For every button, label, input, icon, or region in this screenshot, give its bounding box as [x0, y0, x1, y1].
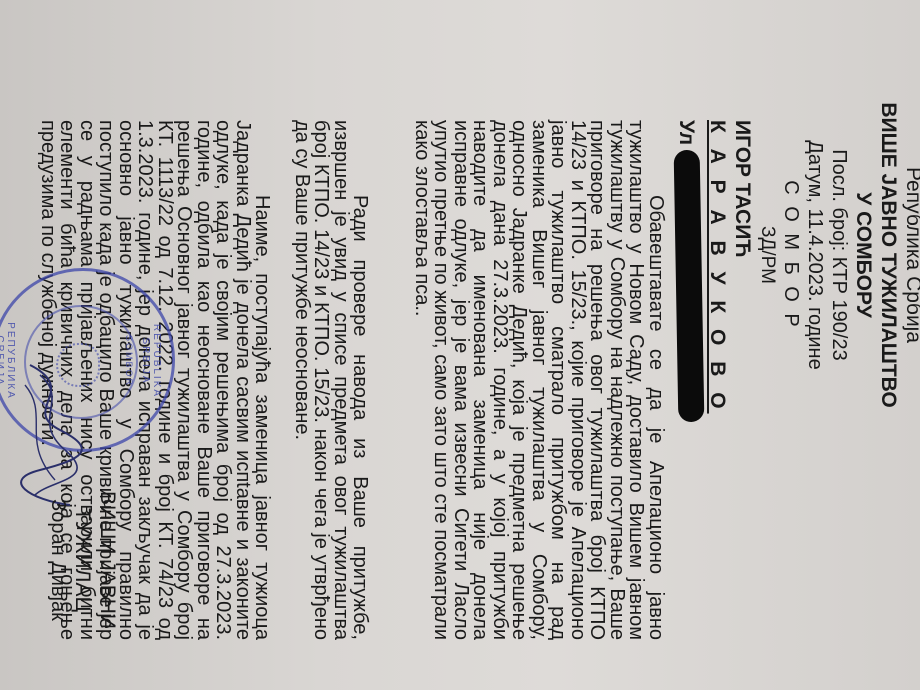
- recipient-name: ИГОР ТАСИЋ: [730, 120, 755, 414]
- redaction-mark: [674, 150, 705, 422]
- letter-place: С О М Б О Р: [779, 90, 803, 420]
- paragraph-notification: Обавештавате се да је Апелационо јавно т…: [412, 120, 666, 640]
- office-city: У СОМБОРУ: [851, 90, 876, 420]
- reference-initials: ЗД/РМ: [756, 90, 779, 420]
- signatory-title: ВИШИ ЈАВНИ ТУЖИЛАЦ: [70, 470, 120, 650]
- letter-date: Датум, 11.4.2023. године: [803, 90, 827, 420]
- country-name: Република Србија: [901, 90, 920, 420]
- signature-block: ВИШИ ЈАВНИ ТУЖИЛАЦ Зоран Дивјак: [46, 470, 120, 650]
- letter-sheet: Република Србија ВИШЕ ЈАВНО ТУЖИЛАШТВО У…: [0, 0, 920, 690]
- letterhead: Република Србија ВИШЕ ЈАВНО ТУЖИЛАШТВО У…: [756, 90, 920, 420]
- paragraph-review: Ради провере навода из Ваше притужбе, из…: [292, 120, 370, 640]
- signatory-name: Зоран Дивјак: [46, 470, 70, 650]
- recipient-town: К А Р А В У К О В О: [705, 120, 730, 414]
- office-name: ВИШЕ ЈАВНО ТУЖИЛАШТВО: [876, 90, 901, 420]
- stamp-city: SOMBOR: [124, 331, 134, 391]
- case-number: Посл. број: КТР 190/23: [827, 90, 851, 420]
- stamp-text-top: REPUBLIKA SRBIJA: [140, 311, 162, 411]
